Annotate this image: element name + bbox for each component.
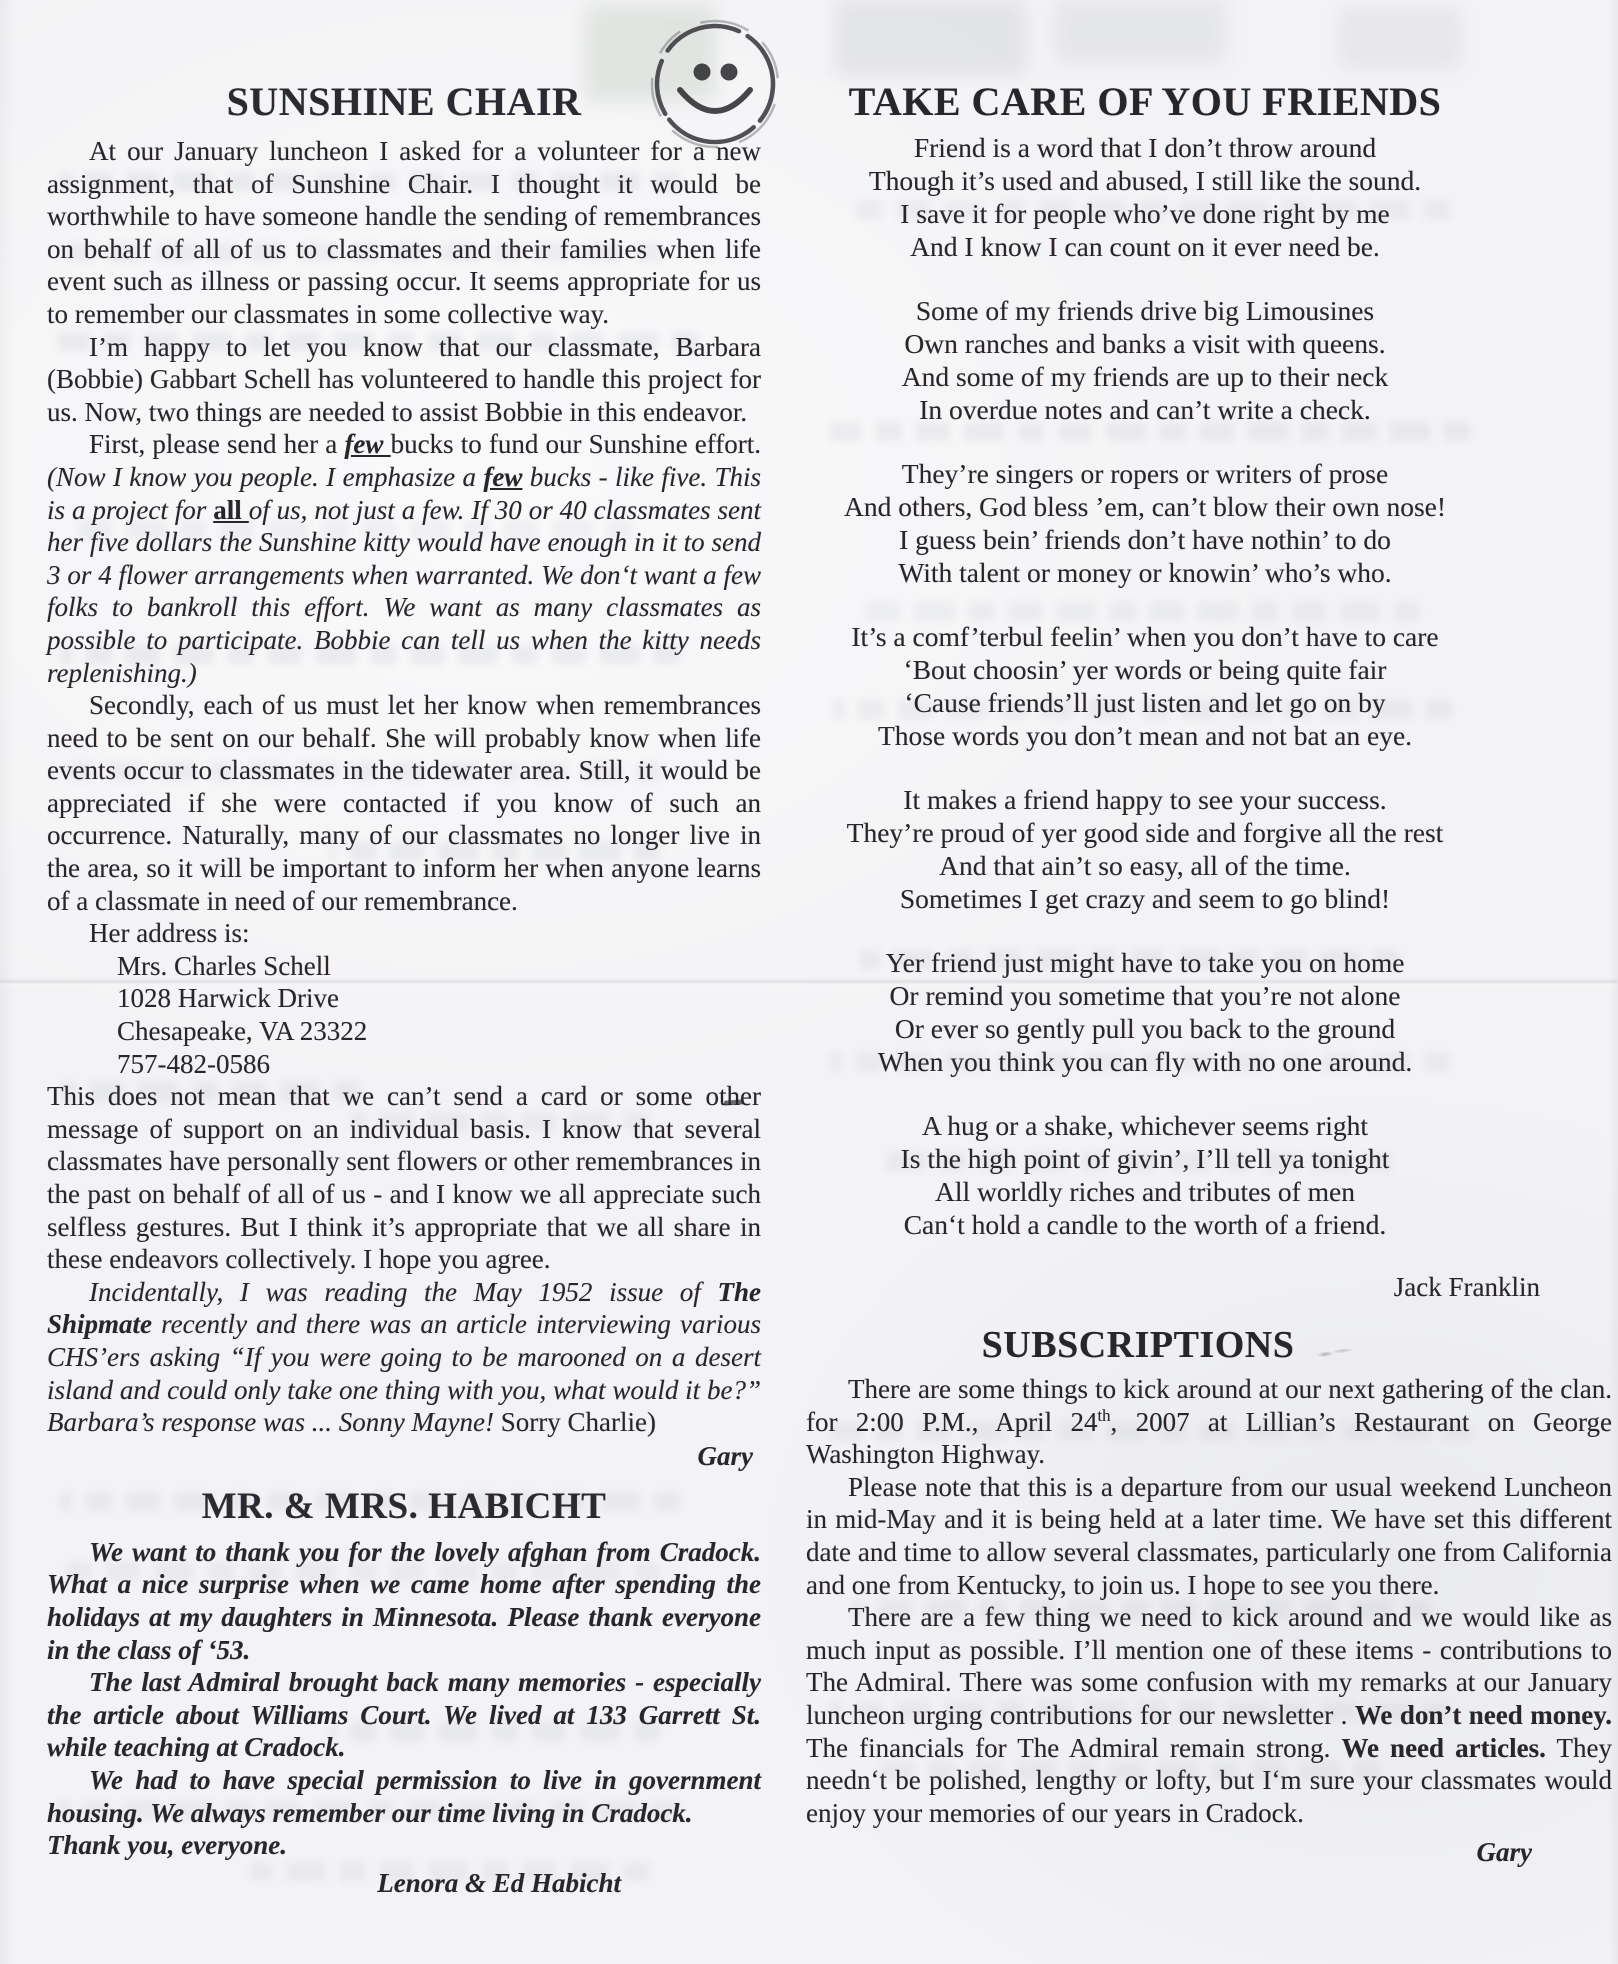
poem-line: Own ranches and banks a visit with queen…	[744, 327, 1546, 360]
poem-line: It’s a comf’terbul feelin’ when you don’…	[744, 620, 1546, 653]
paragraph: First, please send her a few bucks to fu…	[47, 428, 761, 689]
poem-line: Though it’s used and abused, I still lik…	[744, 164, 1546, 197]
paragraph: Thank you, everyone.	[47, 1829, 761, 1862]
poem-line: And I know I can count on it ever need b…	[744, 230, 1546, 263]
poem-line: Those words you don’t mean and not bat a…	[744, 719, 1546, 752]
poem-line: They’re singers or ropers or writers of …	[744, 457, 1546, 490]
paragraph: There are some things to kick around at …	[806, 1373, 1612, 1471]
take-care-title: TAKE CARE OF YOU FRIENDS	[744, 78, 1546, 125]
subscriptions-body: There are some things to kick around at …	[806, 1373, 1612, 1829]
poem-line: And that ain’t so easy, all of the time.	[744, 849, 1546, 882]
jack-franklin-signature: Jack Franklin	[744, 1272, 1546, 1303]
poem-line: I save it for people who’ve done right b…	[744, 197, 1546, 230]
newsletter-page: SUNSHINE CHAIR At our January luncheon I…	[0, 0, 1618, 1964]
poem-line: Sometimes I get crazy and seem to go bli…	[744, 882, 1546, 915]
poem-section: TAKE CARE OF YOU FRIENDS Friend is a wor…	[744, 78, 1546, 1303]
address-line: Mrs. Charles Schell	[117, 950, 761, 983]
ink-smudge	[1312, 1345, 1357, 1361]
poem-line: Some of my friends drive big Limousines	[744, 294, 1546, 327]
address-label: Her address is:	[47, 917, 761, 950]
address-line: Chesapeake, VA 23322	[117, 1015, 761, 1048]
poem-line: And others, God bless ’em, can’t blow th…	[744, 490, 1546, 523]
sunshine-chair-body-2: This does not mean that we can’t send a …	[47, 1080, 761, 1439]
poem-stanza: They’re singers or ropers or writers of …	[744, 457, 1546, 589]
poem-line: All worldly riches and tributes of men	[744, 1175, 1546, 1208]
right-column: TAKE CARE OF YOU FRIENDS Friend is a wor…	[806, 78, 1612, 1869]
subscriptions-title: SUBSCRIPTIONS	[982, 1323, 1295, 1367]
bleedthrough-blob	[1340, 8, 1460, 68]
poem-body: Friend is a word that I don’t throw arou…	[744, 131, 1546, 1241]
poem-line: Is the high point of givin’, I’ll tell y…	[744, 1142, 1546, 1175]
poem-stanza: Some of my friends drive big LimousinesO…	[744, 294, 1546, 426]
poem-stanza: It makes a friend happy to see your succ…	[744, 783, 1546, 915]
poem-line: It makes a friend happy to see your succ…	[744, 783, 1546, 816]
paragraph: We had to have special permission to liv…	[47, 1764, 761, 1829]
poem-line: A hug or a shake, whichever seems right	[744, 1109, 1546, 1142]
poem-stanza: It’s a comf’terbul feelin’ when you don’…	[744, 620, 1546, 752]
address-line: 1028 Harwick Drive	[117, 982, 761, 1015]
poem-stanza: A hug or a shake, whichever seems rightI…	[744, 1109, 1546, 1241]
poem-line: I guess bein’ friends don’t have nothin’…	[744, 523, 1546, 556]
paragraph: Incidentally, I was reading the May 1952…	[47, 1276, 761, 1439]
poem-line: Can‘t hold a candle to the worth of a fr…	[744, 1208, 1546, 1241]
paragraph: This does not mean that we can’t send a …	[47, 1080, 761, 1276]
poem-stanza: Yer friend just might have to take you o…	[744, 946, 1546, 1078]
sunshine-chair-body: At our January luncheon I asked for a vo…	[47, 135, 761, 917]
habicht-signature: Lenora & Ed Habicht	[47, 1866, 761, 1900]
poem-line: Friend is a word that I don’t throw arou…	[744, 131, 1546, 164]
habicht-title: MR. & MRS. HABICHT	[47, 1485, 761, 1528]
poem-line: Yer friend just might have to take you o…	[744, 946, 1546, 979]
poem-line: In overdue notes and can’t write a check…	[744, 393, 1546, 426]
address-block: Mrs. Charles Schell1028 Harwick DriveChe…	[47, 950, 761, 1080]
bleedthrough-blob	[1055, 0, 1225, 62]
poem-line: Or remind you sometime that you’re not a…	[744, 979, 1546, 1012]
address-line: 757-482-0586	[117, 1048, 761, 1081]
left-column: SUNSHINE CHAIR At our January luncheon I…	[47, 78, 761, 1900]
paragraph: The last Admiral brought back many memor…	[47, 1666, 761, 1764]
bleedthrough-blob	[835, 0, 1025, 75]
subscriptions-title-row: SUBSCRIPTIONS	[766, 1323, 1572, 1367]
poem-line: ‘Bout choosin’ yer words or being quite …	[744, 653, 1546, 686]
poem-line: When you think you can fly with no one a…	[744, 1045, 1546, 1078]
sunshine-chair-title: SUNSHINE CHAIR	[47, 78, 761, 125]
poem-line: And some of my friends are up to their n…	[744, 360, 1546, 393]
paragraph: We want to thank you for the lovely afgh…	[47, 1536, 761, 1666]
poem-line: Or ever so gently pull you back to the g…	[744, 1012, 1546, 1045]
poem-line: ‘Cause friends’ll just listen and let go…	[744, 686, 1546, 719]
paragraph: Please note that this is a departure fro…	[806, 1471, 1612, 1601]
poem-line: With talent or money or knowin’ who’s wh…	[744, 556, 1546, 589]
paragraph: Secondly, each of us must let her know w…	[47, 689, 761, 917]
gary-signature: Gary	[47, 1439, 761, 1473]
habicht-body: We want to thank you for the lovely afgh…	[47, 1536, 761, 1862]
subscriptions-gary-signature: Gary	[806, 1835, 1612, 1869]
paragraph: I’m happy to let you know that our class…	[47, 331, 761, 429]
paragraph: At our January luncheon I asked for a vo…	[47, 135, 761, 331]
poem-stanza: Friend is a word that I don’t throw arou…	[744, 131, 1546, 263]
paragraph: There are a few thing we need to kick ar…	[806, 1601, 1612, 1829]
poem-line: They’re proud of yer good side and forgi…	[744, 816, 1546, 849]
